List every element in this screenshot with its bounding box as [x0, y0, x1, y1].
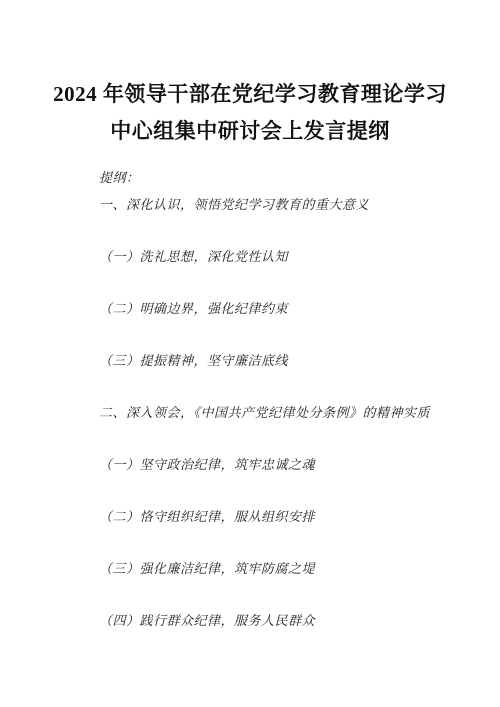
outline-list: 一、深化认识，领悟党纪学习教育的重大意义（一）洗礼思想，深化党性认知（二）明确边…: [99, 196, 445, 630]
outline-item-sub: （一）洗礼思想，深化党性认知: [99, 248, 445, 266]
document-page: 2024 年领导干部在党纪学习教育理论学习 中心组集中研讨会上发言提纲 提纲： …: [0, 0, 500, 707]
outline-item-section: 一、深化认识，领悟党纪学习教育的重大意义: [99, 196, 445, 214]
outline-content: 提纲： 一、深化认识，领悟党纪学习教育的重大意义（一）洗礼思想，深化党性认知（二…: [0, 169, 500, 630]
outline-item-sub: （一）坚守政治纪律，筑牢忠诚之魂: [99, 456, 445, 474]
outline-item-section: 二、深入领会，《中国共产党纪律处分条例》的精神实质: [99, 404, 445, 422]
outline-item-sub: （二）恪守组织纪律，服从组织安排: [99, 508, 445, 526]
outline-item-sub: （二）明确边界，强化纪律约束: [99, 300, 445, 318]
outline-label: 提纲：: [99, 169, 445, 187]
document-title-line-1: 2024 年领导干部在党纪学习教育理论学习: [0, 76, 500, 113]
outline-item-sub: （三）强化廉洁纪律，筑牢防腐之堤: [99, 560, 445, 578]
document-title-line-2: 中心组集中研讨会上发言提纲: [0, 113, 500, 150]
outline-item-sub: （四）践行群众纪律，服务人民群众: [99, 612, 445, 630]
document-title: 2024 年领导干部在党纪学习教育理论学习 中心组集中研讨会上发言提纲: [0, 0, 500, 150]
outline-item-sub: （三）提振精神，坚守廉洁底线: [99, 352, 445, 370]
